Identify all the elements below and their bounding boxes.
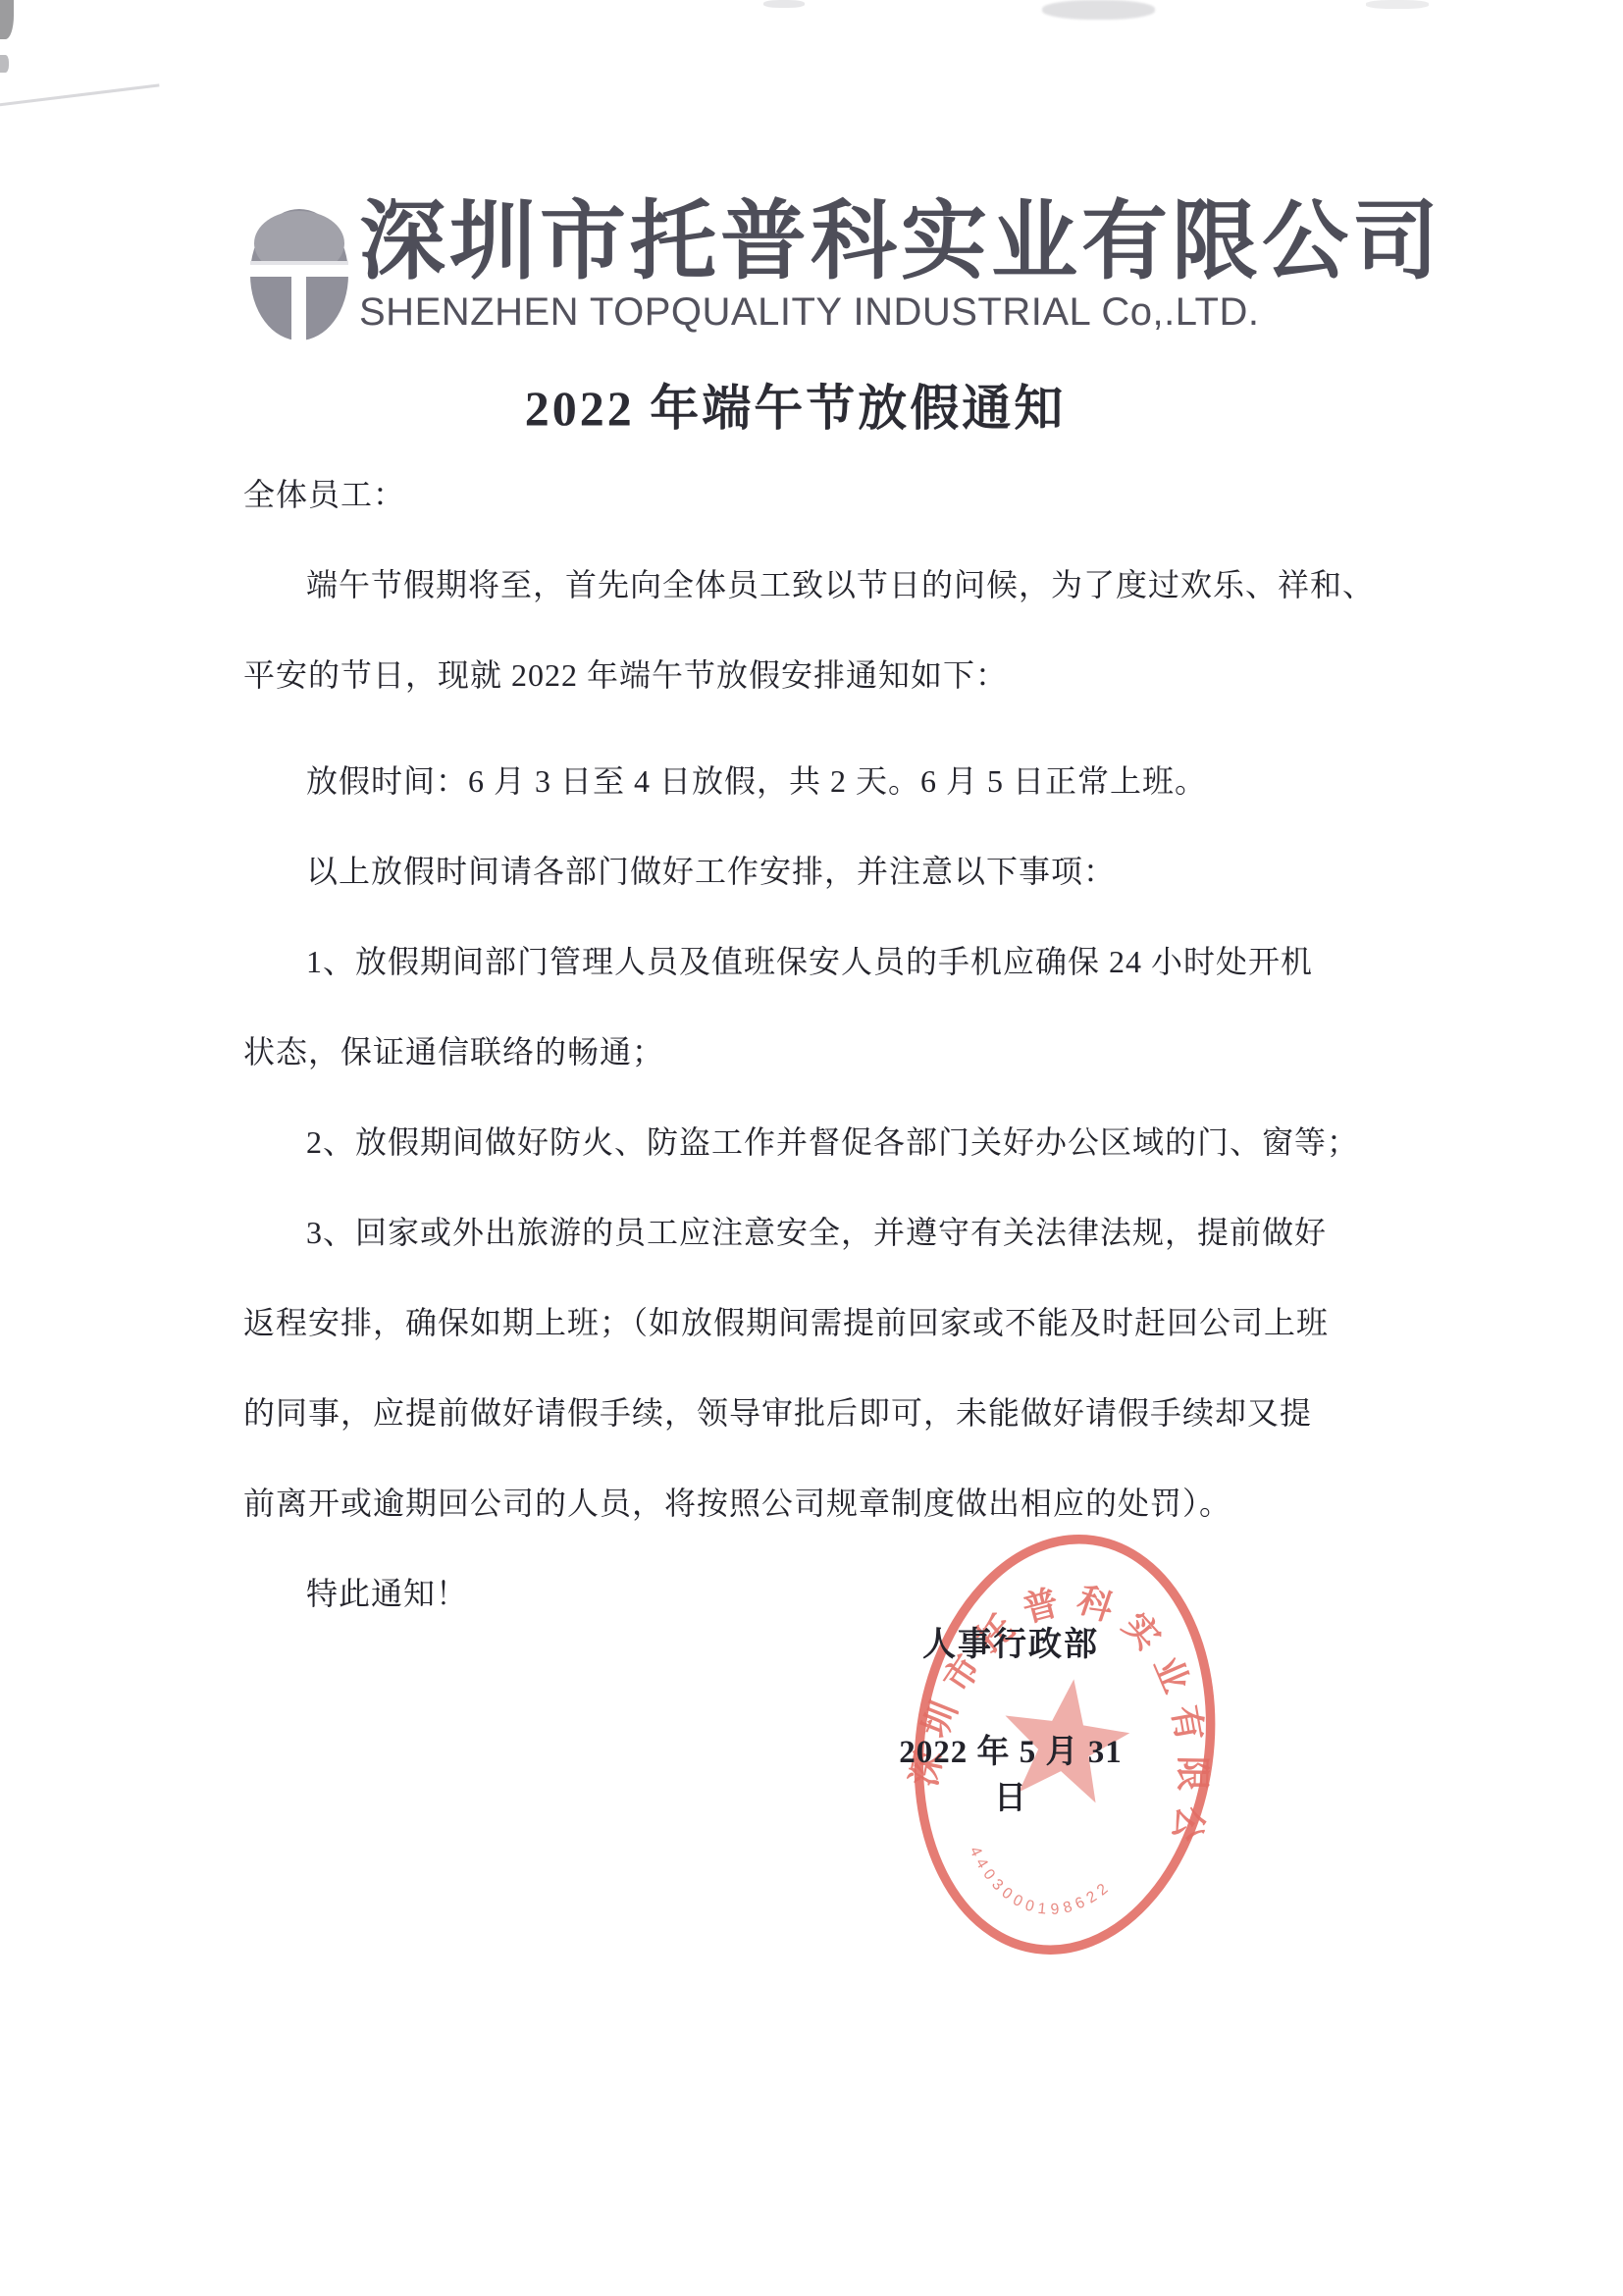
- body-line: 放假时间：6 月 3 日至 4 日放假，共 2 天。6 月 5 日正常上班。: [243, 736, 1347, 826]
- signature-department: 人事行政部: [878, 1617, 1143, 1665]
- body-line: 1、放假期间部门管理人员及值班保安人员的手机应确保 24 小时处开机: [243, 916, 1347, 1007]
- letterhead: 深圳市托普科实业有限公司 SHENZHEN TOPQUALITY INDUSTR…: [247, 192, 1442, 343]
- company-logo-icon: [247, 206, 351, 343]
- body-line: 前离开或逾期回公司的人员，将按照公司规章制度做出相应的处罚）。: [243, 1458, 1347, 1548]
- notice-title: 2022 年端午节放假通知: [243, 369, 1347, 440]
- body-line: 以上放假时间请各部门做好工作安排，并注意以下事项：: [243, 826, 1347, 916]
- body-line: 状态，保证通信联络的畅通；: [243, 1007, 1347, 1097]
- body-line: 端午节假期将至，首先向全体员工致以节日的问候，为了度过欢乐、祥和、: [243, 540, 1347, 630]
- body-line: 平安的节日，现就 2022 年端午节放假安排通知如下：: [243, 630, 1347, 720]
- scan-artifact: [0, 55, 9, 73]
- signature-block: 人事行政部 2022 年 5 月 31 日: [878, 1617, 1143, 1818]
- scan-artifact: [0, 83, 160, 107]
- company-name-en: SHENZHEN TOPQUALITY INDUSTRIAL Co,.LTD.: [359, 292, 1442, 332]
- company-name-cn: 深圳市托普科实业有限公司: [359, 192, 1442, 294]
- scan-artifact: [763, 0, 805, 8]
- body-line: 2、放假期间做好防火、防盗工作并督促各部门关好办公区域的门、窗等；: [243, 1097, 1347, 1187]
- body-line: 全体员工：: [243, 449, 1347, 540]
- stamp-serial: 4403000198622: [959, 1843, 1120, 1928]
- scan-artifact: [1042, 0, 1155, 20]
- scan-artifact: [0, 0, 14, 39]
- scanned-notice-page: 深圳市托普科实业有限公司 SHENZHEN TOPQUALITY INDUSTR…: [0, 0, 1623, 2296]
- body-line: 返程安排，确保如期上班；（如放假期间需提前回家或不能及时赶回公司上班: [243, 1278, 1347, 1368]
- body-line: 的同事，应提前做好请假手续，领导审批后即可，未能做好请假手续却又提: [243, 1368, 1347, 1458]
- scan-artifact: [1366, 0, 1429, 9]
- svg-text:4403000198622: 4403000198622: [959, 1843, 1120, 1928]
- signature-date: 2022 年 5 月 31 日: [878, 1726, 1143, 1818]
- document-body: 全体员工：端午节假期将至，首先向全体员工致以节日的问候，为了度过欢乐、祥和、平安…: [243, 449, 1347, 1639]
- body-line: 3、回家或外出旅游的员工应注意安全，并遵守有关法律法规，提前做好: [243, 1187, 1347, 1278]
